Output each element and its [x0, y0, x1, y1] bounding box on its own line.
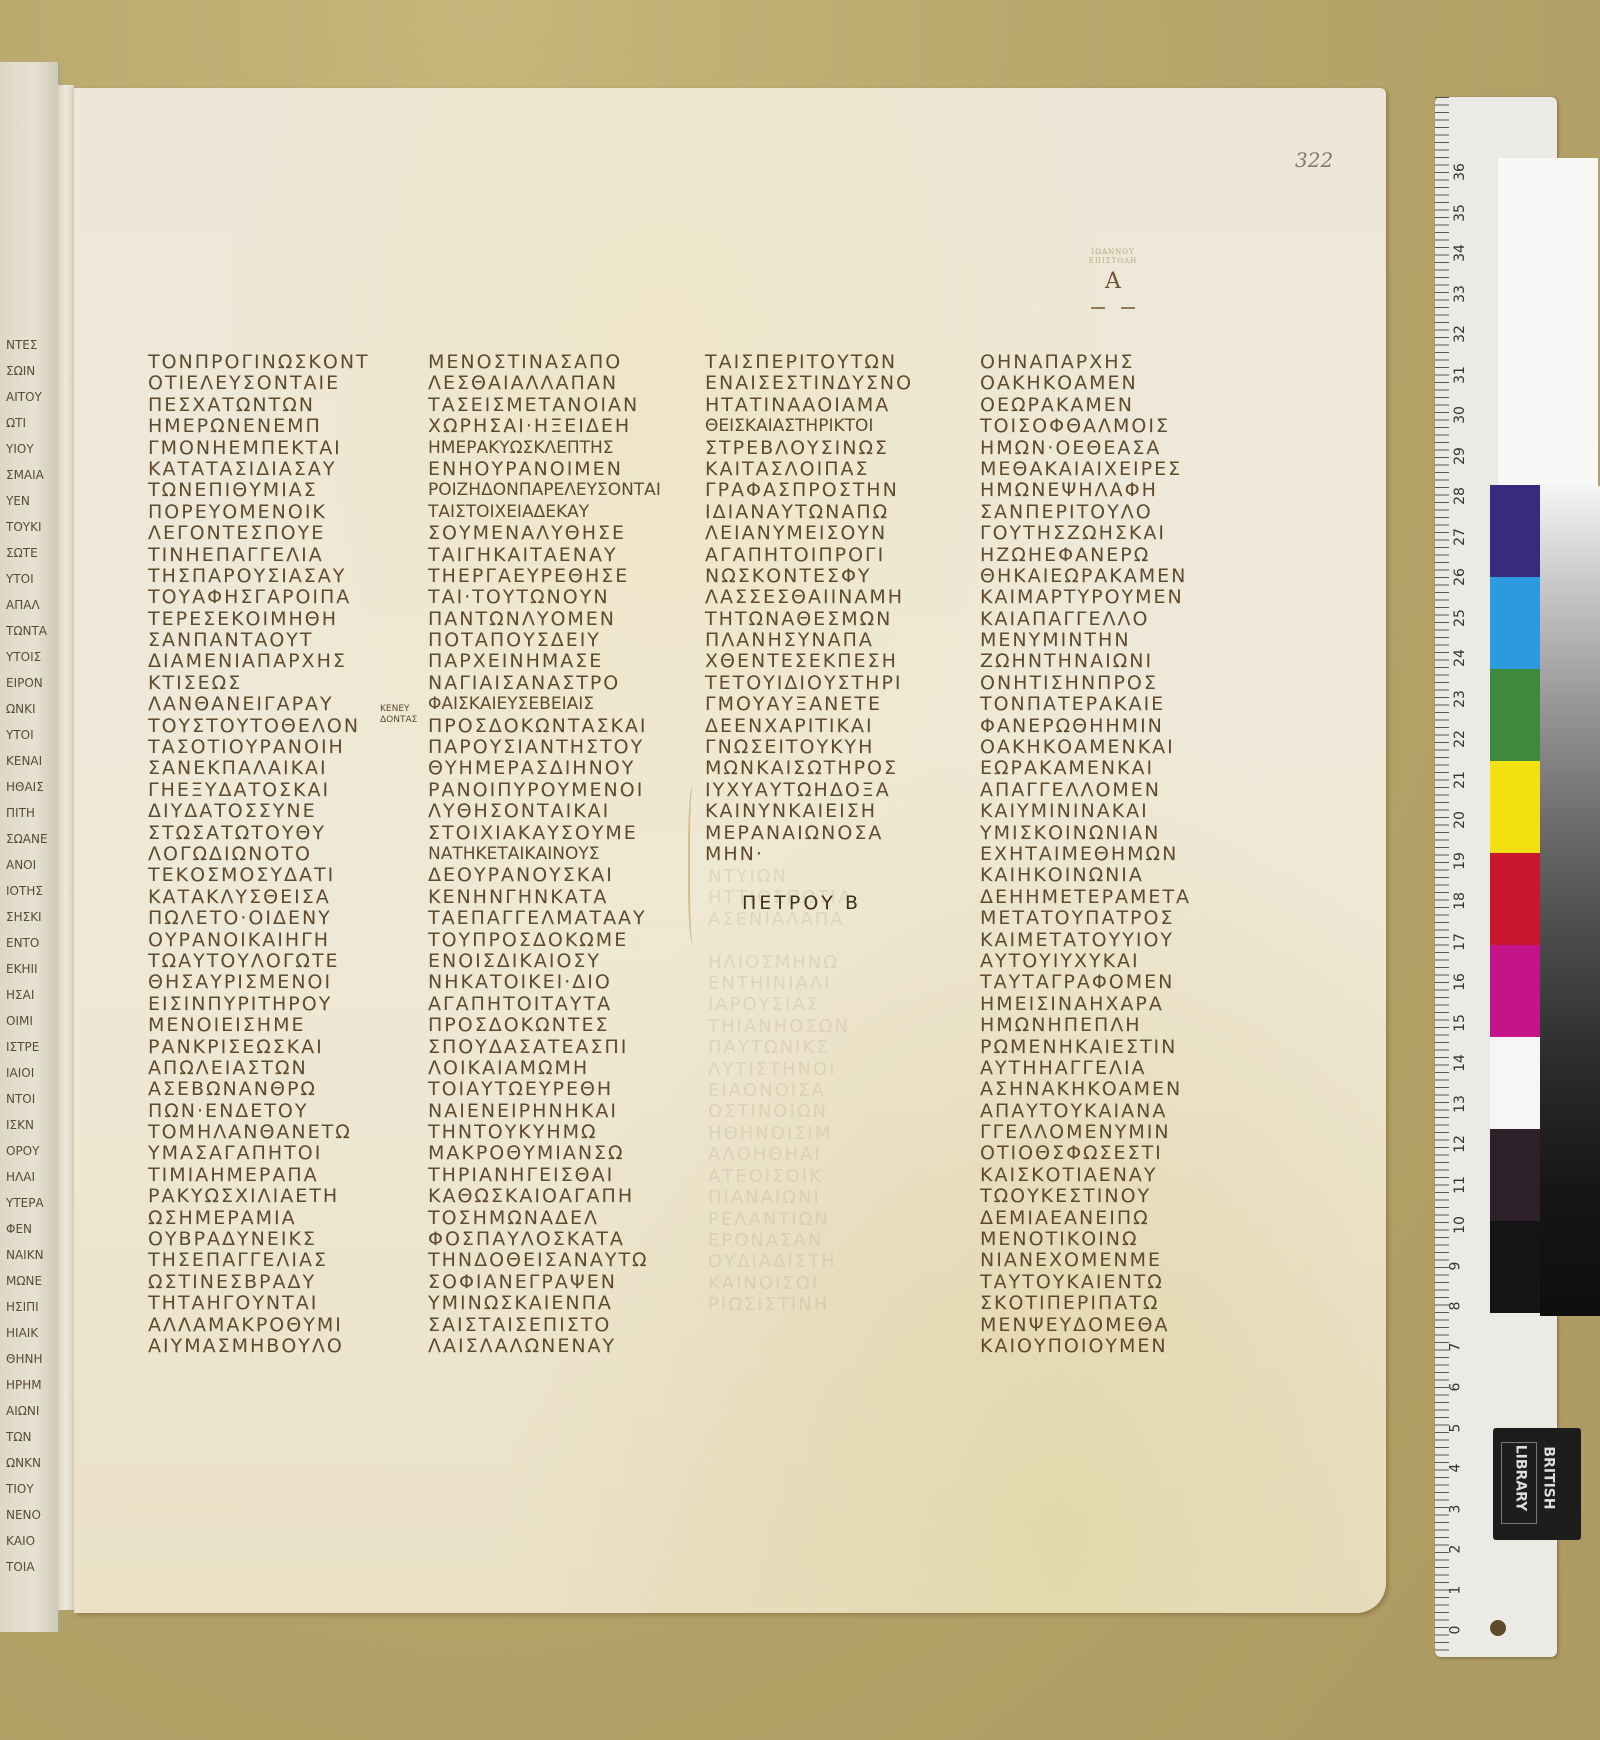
text-line: ΤΟΜΗΛΑΝΘΑΝΕΤΩ: [148, 1122, 370, 1143]
text-line: ΕΝΑΙΣΕΣΤΙΝΔΥΣΝΟ: [705, 373, 913, 394]
text-line: ΤΗΤΩΝΑΘΕΣΜΩΝ: [705, 609, 913, 630]
text-line: ΛΑΝΘΑΝΕΙΓΑΡΑΥ: [148, 694, 370, 715]
text-line: ΓΝΩΣΕΙΤΟΥΚΥΗ: [705, 737, 913, 758]
text-line: ΓΜΟΥΑΥΞΑΝΕΤΕ: [705, 694, 913, 715]
edge-fragment: ΩΝΚΙ: [6, 696, 56, 722]
ruler-number: 17: [1452, 933, 1468, 951]
text-line: ΠΟΤΑΠΟΥΣΔΕΙΥ: [428, 630, 661, 651]
ruler-number: 35: [1452, 204, 1468, 222]
color-swatch: [1490, 1037, 1540, 1129]
text-column-4: ΟΗΝΑΠΑΡΧΗΣΟΑΚΗΚΟΑΜΕΝΟΕΩΡΑΚΑΜΕΝΤΟΙΣΟΦΘΑΛΜ…: [980, 352, 1191, 1357]
badge-text-library: LIBRARY: [1512, 1445, 1528, 1512]
text-line: ΤΕΡΕΣΕΚΟΙΜΗΘΗ: [148, 609, 370, 630]
edge-fragment: ΑΙΩΝΙ: [6, 1398, 56, 1424]
ruler-number: 29: [1452, 447, 1468, 465]
text-line: ΤΑΙ·ΤΟΥΤΩΝΟΥΝ: [428, 587, 661, 608]
text-line: ΚΑΘΩΣΚΑΙΟΑΓΑΠΗ: [428, 1186, 661, 1207]
text-line: ΝΑΓΙΑΙΣΑΝΑΣΤΡΟ: [428, 673, 661, 694]
edge-fragment: ΥΕΝ: [6, 488, 56, 514]
text-line: ΣΑΝΠΑΝΤΑΟΥΤ: [148, 630, 370, 651]
text-line: ΔΙΥΔΑΤΟΣΣΥΝΕ: [148, 801, 370, 822]
text-line: ΚΕΝΗΝΓΗΝΚΑΤΑ: [428, 887, 661, 908]
text-line: ΠΟΡΕΥΟΜΕΝΟΙΚ: [148, 502, 370, 523]
ruler-number: 6: [1447, 1383, 1463, 1392]
edge-fragment: ΝΕΝΟ: [6, 1502, 56, 1528]
text-line: ΤΟΥΠΡΟΣΔΟΚΩΜΕ: [428, 930, 661, 951]
edge-fragment: ΩΤΙ: [6, 410, 56, 436]
text-line: ΑΣΕΒΩΝΑΝΘΡΩ: [148, 1079, 370, 1100]
text-line: ΔΙΑΜΕΝΙΑΠΑΡΧΗΣ: [148, 651, 370, 672]
ruler-number: 24: [1452, 649, 1468, 667]
ruler-number: 21: [1452, 771, 1468, 789]
text-line: ΤΕΤΟΥΙΔΙΟΥΣΤΗΡΙ: [705, 673, 913, 694]
text-line: ΛΟΙΚΑΙΑΜΩΜΗ: [428, 1058, 661, 1079]
text-line: ΠΛΑΝΗΣΥΝΑΠΑ: [705, 630, 913, 651]
grayscale-wedge: [1540, 486, 1600, 1316]
text-line: ΕΝΟΙΣΔΙΚΑΙΟΣΥ: [428, 951, 661, 972]
text-line: ΠΩΝ·ΕΝΔΕΤΟΥ: [148, 1101, 370, 1122]
text-line: ΛΑΣΣΕΣΘΑΙΙΝΑΜΗ: [705, 587, 913, 608]
text-line: ΤΗΝΤΟΥΚΥΗΜΩ: [428, 1122, 661, 1143]
edge-fragment: ΑΠΑΛ: [6, 592, 56, 618]
text-line: ΚΑΙΟΥΠΟΙΟΥΜΕΝ: [980, 1336, 1191, 1357]
text-line: ΤΙΜΙΑΗΜΕΡΑΠΑ: [148, 1165, 370, 1186]
text-line: ΤΟΥΑΦΗΣΓΑΡΟΙΠΑ: [148, 587, 370, 608]
edge-fragment: ΗΙΑΙΚ: [6, 1320, 56, 1346]
edge-fragment: ΝΤΕΣ: [6, 332, 56, 358]
text-line: ΑΙΥΜΑΣΜΗΒΟΥΛΟ: [148, 1336, 370, 1357]
edge-fragment: ΟΙΜΙ: [6, 1008, 56, 1034]
ruler-number: 32: [1452, 325, 1468, 343]
text-line: ΤΕΚΟΣΜΟΣΥΔΑΤΙ: [148, 865, 370, 886]
text-line: ΚΑΙΗΚΟΙΝΩΝΙΑ: [980, 865, 1191, 886]
text-line: ΚΑΙΑΠΑΓΓΕΛΛΟ: [980, 609, 1191, 630]
text-line: ΜΕΝΨΕΥΔΟΜΕΘΑ: [980, 1315, 1191, 1336]
text-line: ΗΜΕΡΩΝΕΝΕΜΠ: [148, 416, 370, 437]
running-title-letter: Α: [1078, 270, 1148, 294]
edge-fragment: ΙΑΙΟΙ: [6, 1060, 56, 1086]
ruler-number: 30: [1452, 406, 1468, 424]
text-line: ΟΗΝΑΠΑΡΧΗΣ: [980, 352, 1191, 373]
folio-number: 322: [1295, 148, 1333, 172]
left-page-edge: ΝΤΕΣΣΩΙΝΑΙΤΟΥΩΤΙΥΙΟΥΣΜΑΙΑΥΕΝΤΟΥΚΙΣΩΤΕΥΤΟ…: [0, 62, 60, 1632]
edge-fragment: ΗΣΙΠΙ: [6, 1294, 56, 1320]
ruler-number: 34: [1452, 244, 1468, 262]
text-line: ΛΕΣΘΑΙΑΛΛΑΠΑΝ: [428, 373, 661, 394]
text-line: ΚΑΙΤΑΣΛΟΙΠΑΣ: [705, 459, 913, 480]
edge-fragment: ΥΤΟΙ: [6, 566, 56, 592]
text-line: ΣΑΝΠΕΡΙΤΟΥΛΟ: [980, 502, 1191, 523]
text-line: ΙΥΧΥΑΥΤΩΗΔΟΞΑ: [705, 780, 913, 801]
text-line: ΧΘΕΝΤΕΣΕΚΠΕΣΗ: [705, 651, 913, 672]
color-swatch: [1490, 669, 1540, 761]
text-line: ΓΟΥΤΗΣΖΩΗΣΚΑΙ: [980, 523, 1191, 544]
marginal-correction: ΚΕΝΕΥ ΔΟΝΤΑΣ: [380, 704, 417, 726]
text-line: ΡΑΚΥΩΣΧΙΛΙΑΕΤΗ: [148, 1186, 370, 1207]
text-line: ΤΟΣΗΜΩΝΑΔΕΛ: [428, 1208, 661, 1229]
margin-note-line-1: ΚΕΝΕΥ: [380, 704, 417, 715]
text-line: ΟΝΗΤΙΣΗΝΠΡΟΣ: [980, 673, 1191, 694]
text-line: ΚΑΙΜΑΡΤΥΡΟΥΜΕΝ: [980, 587, 1191, 608]
ruler-number: 27: [1452, 528, 1468, 546]
text-line: ΣΠΟΥΔΑΣΑΤΕΑΣΠΙ: [428, 1037, 661, 1058]
edge-fragment: ΕΝΤΟ: [6, 930, 56, 956]
text-line: ΘΕΙΣΚΑΙΑΣΤΗΡΙΚΤΟΙ: [705, 416, 913, 437]
text-line: ΑΠΑΥΤΟΥΚΑΙΑΝΑ: [980, 1101, 1191, 1122]
text-column-1: ΤΟΝΠΡΟΓΙΝΩΣΚΟΝΤΟΤΙΕΛΕΥΣΟΝΤΑΙΕΠΕΣΧΑΤΩΝΤΩΝ…: [148, 352, 370, 1357]
edge-fragment: ΣΜΑΙΑ: [6, 462, 56, 488]
ruler-number: 23: [1452, 690, 1468, 708]
edge-fragment: ΣΩΑΝΕ: [6, 826, 56, 852]
text-line: ΤΑΕΠΑΓΓΕΛΜΑΤΑΑΥ: [428, 908, 661, 929]
edge-fragment: ΤΩΝΤΑ: [6, 618, 56, 644]
edge-fragment: ΥΤΕΡΑ: [6, 1190, 56, 1216]
text-line: ΥΜΑΣΑΓΑΠΗΤΟΙ: [148, 1143, 370, 1164]
text-line: ΤΗΤΑΗΓΟΥΝΤΑΙ: [148, 1293, 370, 1314]
edge-fragment: ΕΚΗΙΙ: [6, 956, 56, 982]
text-line: ΑΥΤΟΥΙΥΧΥΚΑΙ: [980, 951, 1191, 972]
text-line: ΟΥΡΑΝΟΙΚΑΙΗΓΗ: [148, 930, 370, 951]
text-line: ΘΗΚΑΙΕΩΡΑΚΑΜΕΝ: [980, 566, 1191, 587]
text-line: ΠΡΟΣΔΟΚΩΝΤΕΣ: [428, 1015, 661, 1036]
text-line: ΤΑΙΣΤΟΙΧΕΙΑΔΕΚΑΥ: [428, 502, 661, 523]
text-line: ΠΕΣΧΑΤΩΝΤΩΝ: [148, 395, 370, 416]
text-line: ΡΟΙΖΗΔΟΝΠΑΡΕΛΕΥΣΟΝΤΑΙ: [428, 480, 661, 501]
text-line: ΔΕΗΗΜΕΤΕΡΑΜΕΤΑ: [980, 887, 1191, 908]
text-line: ΚΤΙΣΕΩΣ: [148, 673, 370, 694]
ruler-number: 19: [1452, 852, 1468, 870]
text-line: ΜΕΝΟΤΙΚΟΙΝΩ: [980, 1229, 1191, 1250]
text-line: ΜΩΝΚΑΙΣΩΤΗΡΟΣ: [705, 758, 913, 779]
marginal-bracket: [688, 785, 700, 945]
text-line: ΑΓΑΠΗΤΟΙΠΡΟΓΙ: [705, 545, 913, 566]
edge-fragment: ΣΗΣΚΙ: [6, 904, 56, 930]
text-line: ΤΗΝΔΟΘΕΙΣΑΝΑΥΤΩ: [428, 1250, 661, 1271]
text-line: ΤΑΥΤΑΓΡΑΦΟΜΕΝ: [980, 972, 1191, 993]
edge-fragment: ΗΡΗΜ: [6, 1372, 56, 1398]
text-line: ΣΑΝΕΚΠΑΛΑΙΚΑΙ: [148, 758, 370, 779]
text-line: ΕΝΗΟΥΡΑΝΟΙΜΕΝ: [428, 459, 661, 480]
edge-fragment: ΑΝΟΙ: [6, 852, 56, 878]
edge-fragment: ΤΙΟΥ: [6, 1476, 56, 1502]
text-line: ΤΑΣΕΙΣΜΕΤΑΝΟΙΑΝ: [428, 395, 661, 416]
text-line: ΝΑΤΗΚΕΤΑΙΚΑΙΝΟΥΣ: [428, 844, 661, 865]
ruler-number: 16: [1452, 973, 1468, 991]
text-line: ΥΜΙΣΚΟΙΝΩΝΙΑΝ: [980, 823, 1191, 844]
text-line: ΝΙΑΝΕΧΟΜΕΝΜΕ: [980, 1250, 1191, 1271]
running-title-line-2: ΕΠΙΣΤΟΛΗ: [1078, 257, 1148, 266]
text-line: ΦΑΙΣΚΑΙΕΥΣΕΒΕΙΑΙΣ: [428, 694, 661, 715]
text-line: ΤΩΝΕΠΙΘΥΜΙΑΣ: [148, 480, 370, 501]
edge-fragment: ΘΗΝΗ: [6, 1346, 56, 1372]
ruler-number: 18: [1452, 892, 1468, 910]
text-line: ΩΣΤΙΝΕΣΒΡΑΔΥ: [148, 1272, 370, 1293]
text-line: ΜΕΝΟΣΤΙΝΑΣΑΠΟ: [428, 352, 661, 373]
text-line: ΟΕΩΡΑΚΑΜΕΝ: [980, 395, 1191, 416]
text-line: ΠΑΡΟΥΣΙΑΝΤΗΣΤΟΥ: [428, 737, 661, 758]
ruler-number: 2: [1447, 1545, 1463, 1554]
text-line: ΖΩΗΝΤΗΝΑΙΩΝΙ: [980, 651, 1191, 672]
text-line: ΗΜΩΝ·ΟΕΘΕΑΣΑ: [980, 438, 1191, 459]
text-line: ΘΗΣΑΥΡΙΣΜΕΝΟΙ: [148, 972, 370, 993]
text-line: ΑΥΤΗΗΑΓΓΕΛΙΑ: [980, 1058, 1191, 1079]
text-line: ΜΕΘΑΚΑΙΑΙΧΕΙΡΕΣ: [980, 459, 1191, 480]
text-line: ΚΑΙΥΜΙΝΙΝΑΚΑΙ: [980, 801, 1191, 822]
text-line: ΟΑΚΗΚΟΑΜΕΝΚΑΙ: [980, 737, 1191, 758]
text-line: ΚΑΙΝΥΝΚΑΙΕΙΣΗ: [705, 801, 913, 822]
text-line: ΣΑΙΣΤΑΙΣΕΠΙΣΤΟ: [428, 1315, 661, 1336]
color-swatches: [1490, 485, 1540, 1313]
title-dash: [1091, 307, 1105, 309]
text-line: ΧΩΡΗΣΑΙ·ΗΞΕΙΔΕΗ: [428, 416, 661, 437]
text-line: ΣΤΡΕΒΛΟΥΣΙΝΩΣ: [705, 438, 913, 459]
margin-note-line-2: ΔΟΝΤΑΣ: [380, 715, 417, 726]
text-line: ΤΗΣΠΑΡΟΥΣΙΑΣΑΥ: [148, 566, 370, 587]
text-line: ΦΑΝΕΡΩΘΗΗΜΙΝ: [980, 716, 1191, 737]
text-line: ΥΜΙΝΩΣΚΑΙΕΝΠΑ: [428, 1293, 661, 1314]
text-line: ΗΤΑΤΙΝΑΑΟΙΑΜΑ: [705, 395, 913, 416]
running-title: ΙΩΑΝΝΟΥ ΕΠΙΣΤΟΛΗ Α: [1078, 248, 1148, 313]
text-line: ΡΑΝΚΡΙΣΕΩΣΚΑΙ: [148, 1037, 370, 1058]
text-line: ΓΗΕΞΥΔΑΤΟΣΚΑΙ: [148, 780, 370, 801]
ruler-number: 5: [1447, 1423, 1463, 1432]
ruler-number: 15: [1452, 1014, 1468, 1032]
text-line: ΓΜΟΝΗΕΜΠΕΚΤΑΙ: [148, 438, 370, 459]
ruler-number: 33: [1452, 285, 1468, 303]
ruler-number: 12: [1452, 1135, 1468, 1153]
ruler-number: 31: [1452, 366, 1468, 384]
text-line: ΤΙΝΗΕΠΑΓΓΕΛΙΑ: [148, 545, 370, 566]
text-line: ΟΑΚΗΚΟΑΜΕΝ: [980, 373, 1191, 394]
ruler-number: 26: [1452, 568, 1468, 586]
text-line: ΑΠΑΓΓΕΛΛΟΜΕΝ: [980, 780, 1191, 801]
text-line: ΜΕΝΥΜΙΝΤΗΝ: [980, 630, 1191, 651]
text-line: ΕΙΣΙΝΠΥΡΙΤΗΡΟΥ: [148, 994, 370, 1015]
text-line: ΗΜΩΝΕΨΗΛΑΦΗ: [980, 480, 1191, 501]
edge-fragment: ΟΡΟΥ: [6, 1138, 56, 1164]
ruler-number: 0: [1447, 1626, 1463, 1635]
ruler-number: 20: [1452, 811, 1468, 829]
text-line: ΤΟΝΠΡΟΓΙΝΩΣΚΟΝΤ: [148, 352, 370, 373]
text-line: ΘΥΗΜΕΡΑΣΔΙΗΝΟΥ: [428, 758, 661, 779]
color-swatch: [1490, 853, 1540, 945]
text-line: ΗΜΩΝΗΠΕΠΛΗ: [980, 1015, 1191, 1036]
text-column-2: ΜΕΝΟΣΤΙΝΑΣΑΠΟΛΕΣΘΑΙΑΛΛΑΠΑΝΤΑΣΕΙΣΜΕΤΑΝΟΙΑ…: [428, 352, 661, 1357]
text-line: ΔΕΕΝΧΑΡΙΤΙΚΑΙ: [705, 716, 913, 737]
text-line: ΑΣΗΝΑΚΗΚΟΑΜΕΝ: [980, 1079, 1191, 1100]
text-line: ΤΑΙΓΗΚΑΙΤΑΕΝΑΥ: [428, 545, 661, 566]
text-line: ΤΑΣΟΤΙΟΥΡΑΝΟΙΗ: [148, 737, 370, 758]
edge-fragment: ΣΩΤΕ: [6, 540, 56, 566]
text-line: ΓΡΑΦΑΣΠΡΟΣΤΗΝ: [705, 480, 913, 501]
text-line: ΤΟΙΑΥΤΩΕΥΡΕΘΗ: [428, 1079, 661, 1100]
edge-fragment: ΝΤΟΙ: [6, 1086, 56, 1112]
edge-fragment: ΣΩΙΝ: [6, 358, 56, 384]
ruler-number: 11: [1452, 1176, 1468, 1194]
text-line: ΕΧΗΤΑΙΜΕΘΗΜΩΝ: [980, 844, 1191, 865]
text-line: ΣΟΥΜΕΝΑΛΥΘΗΣΕ: [428, 523, 661, 544]
text-line: ΟΤΙΟΘΣΦΩΣΕΣΤΙ: [980, 1143, 1191, 1164]
edge-fragment: ΗΣΑΙ: [6, 982, 56, 1008]
left-page-text-fragments: ΝΤΕΣΣΩΙΝΑΙΤΟΥΩΤΙΥΙΟΥΣΜΑΙΑΥΕΝΤΟΥΚΙΣΩΤΕΥΤΟ…: [6, 332, 56, 1580]
color-swatch: [1490, 761, 1540, 853]
ruler-number: 22: [1452, 730, 1468, 748]
ruler-number: 1: [1447, 1585, 1463, 1594]
text-line: ΣΟΦΙΑΝΕΓΡΑΨΕΝ: [428, 1272, 661, 1293]
text-line: ΤΩΟΥΚΕΣΤΙΝΟΥ: [980, 1186, 1191, 1207]
text-line: ΦΟΣΠΑΥΛΟΣΚΑΤΑ: [428, 1229, 661, 1250]
edge-fragment: ΕΙΡΟΝ: [6, 670, 56, 696]
edge-fragment: ΙΟΤΗΣ: [6, 878, 56, 904]
text-line: ΑΠΩΛΕΙΑΣΤΩΝ: [148, 1058, 370, 1079]
text-line: ΛΕΙΑΝΥΜΕΙΣΟΥΝ: [705, 523, 913, 544]
binding-gutter: [58, 85, 74, 1610]
edge-fragment: ΝΑΙΚΝ: [6, 1242, 56, 1268]
ruler-number: 36: [1452, 163, 1468, 181]
text-line: ΤΑΙΣΠΕΡΙΤΟΥΤΩΝ: [705, 352, 913, 373]
text-line: ΜΑΚΡΟΘΥΜΙΑΝΣΩ: [428, 1143, 661, 1164]
edge-fragment: ΜΩΝΕ: [6, 1268, 56, 1294]
edge-fragment: ΠΙΤΗ: [6, 800, 56, 826]
text-line: ΛΥΘΗΣΟΝΤΑΙΚΑΙ: [428, 801, 661, 822]
text-line: ΝΩΣΚΟΝΤΕΣΦΥ: [705, 566, 913, 587]
text-line: ΜΗΝ·: [705, 844, 913, 865]
ruler-number: 9: [1447, 1261, 1463, 1270]
edge-fragment: ΥΤΟΙ: [6, 722, 56, 748]
text-line: ΙΔΙΑΝΑΥΤΩΝΑΠΩ: [705, 502, 913, 523]
text-line: ΤΟΝΠΑΤΕΡΑΚΑΙΕ: [980, 694, 1191, 715]
text-line: ΗΖΩΗΕΦΑΝΕΡΩ: [980, 545, 1191, 566]
edge-fragment: ΚΑΙΟ: [6, 1528, 56, 1554]
text-line: ΜΕΝΟΙΕΙΣΗΜΕ: [148, 1015, 370, 1036]
color-swatch: [1490, 1129, 1540, 1221]
text-line: ΚΑΙΣΚΟΤΙΑΕΝΑΥ: [980, 1165, 1191, 1186]
color-swatch: [1490, 945, 1540, 1037]
color-swatch: [1490, 1221, 1540, 1313]
ruler-hole: [1490, 1620, 1506, 1636]
ruler-number: 3: [1447, 1504, 1463, 1513]
edge-fragment: ΥΤΟΙΣ: [6, 644, 56, 670]
ruler-number: 4: [1447, 1464, 1463, 1473]
badge-text-british: BRITISH: [1541, 1446, 1557, 1509]
ruler-number: 13: [1452, 1095, 1468, 1113]
text-line: ΤΗΕΡΓΑΕΥΡΕΘΗΣΕ: [428, 566, 661, 587]
book-subscription: ΠΕΤΡΟΥ Β: [742, 892, 861, 914]
text-line: ΚΑΙΜΕΤΑΤΟΥΥΙΟΥ: [980, 930, 1191, 951]
text-line: ΣΤΟΙΧΙΑΚΑΥΣΟΥΜΕ: [428, 823, 661, 844]
text-line: ΤΩΑΥΤΟΥΛΟΓΩΤΕ: [148, 951, 370, 972]
text-line: ΠΑΝΤΩΝΛΥΟΜΕΝ: [428, 609, 661, 630]
edge-fragment: ΑΙΤΟΥ: [6, 384, 56, 410]
edge-fragment: ΤΟΥΚΙ: [6, 514, 56, 540]
edge-fragment: ΚΕΝΑΙ: [6, 748, 56, 774]
edge-fragment: ΙΣΤΡΕ: [6, 1034, 56, 1060]
edge-fragment: ΤΟΙΑ: [6, 1554, 56, 1580]
text-line: ΑΓΑΠΗΤΟΙΤΑΥΤΑ: [428, 994, 661, 1015]
ruler-number: 10: [1452, 1216, 1468, 1234]
text-line: ΩΣΗΜΕΡΑΜΙΑ: [148, 1208, 370, 1229]
running-title-line-1: ΙΩΑΝΝΟΥ: [1078, 248, 1148, 257]
edge-fragment: ΩΝΚΝ: [6, 1450, 56, 1476]
text-line: ΜΕΤΑΤΟΥΠΑΤΡΟΣ: [980, 908, 1191, 929]
text-line: ΤΟΙΣΟΦΘΑΛΜΟΙΣ: [980, 416, 1191, 437]
text-line: ΝΑΙΕΝΕΙΡΗΝΗΚΑΙ: [428, 1101, 661, 1122]
text-line: ΛΕΓΟΝΤΕΣΠΟΥΕ: [148, 523, 370, 544]
ruler-number: 28: [1452, 487, 1468, 505]
text-line: ΤΗΡΙΑΝΗΓΕΙΣΘΑΙ: [428, 1165, 661, 1186]
text-line: ΟΥΒΡΑΔΥΝΕΙΚΣ: [148, 1229, 370, 1250]
text-line: ΛΟΓΩΔΙΩΝΟΤΟ: [148, 844, 370, 865]
text-line: ΠΩΛΕΤΟ·ΟΙΔΕΝΥ: [148, 908, 370, 929]
color-swatch: [1490, 577, 1540, 669]
text-line: ΤΗΣΕΠΑΓΓΕΛΙΑΣ: [148, 1250, 370, 1271]
text-line: ΤΑΥΤΟΥΚΑΙΕΝΤΩ: [980, 1272, 1191, 1293]
show-through-text: ΝΤΥΙΩΝΗΤΤΙΟΣΠΩΤΙΑΑΣΕΝΙΑΛΑΠΑΗΛΙΟΣΜΗΝΩΕΝΤΗ…: [708, 866, 852, 1316]
ruler-number: 14: [1452, 1054, 1468, 1072]
edge-fragment: ΗΘΑΙΣ: [6, 774, 56, 800]
edge-fragment: ΥΙΟΥ: [6, 436, 56, 462]
text-line: ΠΡΟΣΔΟΚΩΝΤΑΣΚΑΙ: [428, 716, 661, 737]
text-line: ΚΑΤΑΤΑΣΙΔΙΑΣΑΥ: [148, 459, 370, 480]
text-line: ΣΚΟΤΙΠΕΡΙΠΑΤΩ: [980, 1293, 1191, 1314]
ruler-number: 25: [1452, 609, 1468, 627]
title-dash: [1121, 307, 1135, 309]
text-line: ΡΑΝΟΙΠΥΡΟΥΜΕΝΟΙ: [428, 780, 661, 801]
text-line: ΚΑΤΑΚΛΥΣΘΕΙΣΑ: [148, 887, 370, 908]
edge-fragment: ΗΛΑΙ: [6, 1164, 56, 1190]
text-line: ΛΑΙΣΛΑΛΩΝΕΝΑΥ: [428, 1336, 661, 1357]
color-swatch: [1490, 485, 1540, 577]
text-line: ΗΜΕΙΣΙΝΑΗΧΑΡΑ: [980, 994, 1191, 1015]
white-reference-card: [1498, 158, 1598, 488]
text-line: ΕΩΡΑΚΑΜΕΝΚΑΙ: [980, 758, 1191, 779]
text-column-3: ΤΑΙΣΠΕΡΙΤΟΥΤΩΝΕΝΑΙΣΕΣΤΙΝΔΥΣΝΟΗΤΑΤΙΝΑΑΟΙΑ…: [705, 352, 913, 865]
text-line: ΠΑΡΧΕΙΝΗΜΑΣΕ: [428, 651, 661, 672]
ruler-number: 8: [1447, 1302, 1463, 1311]
text-line: ΓΓΕΛΛΟΜΕΝΥΜΙΝ: [980, 1122, 1191, 1143]
text-line: ΗΜΕΡΑΚΥΩΣΚΛΕΠΤΗΣ: [428, 438, 661, 459]
british-library-badge: LIBRARY BRITISH: [1493, 1428, 1581, 1540]
edge-fragment: ΙΣΚΝ: [6, 1112, 56, 1138]
text-line: ΡΩΜΕΝΗΚΑΙΕΣΤΙΝ: [980, 1037, 1191, 1058]
text-line: ΔΕΜΙΑΕΑΝΕΙΠΩ: [980, 1208, 1191, 1229]
edge-fragment: ΤΩΝ: [6, 1424, 56, 1450]
text-line: ΔΕΟΥΡΑΝΟΥΣΚΑΙ: [428, 865, 661, 886]
text-line: ΑΛΛΑΜΑΚΡΟΘΥΜΙ: [148, 1315, 370, 1336]
text-line: ΤΟΥΣΤΟΥΤΟΘΕΛΟΝ: [148, 716, 370, 737]
text-line: ΣΤΩΣΑΤΩΤΟΥΘΥ: [148, 823, 370, 844]
text-line: ΜΕΡΑΝΑΙΩΝΟΣΑ: [705, 823, 913, 844]
edge-fragment: ΦΕΝ: [6, 1216, 56, 1242]
text-line: ΝΗΚΑΤΟΙΚΕΙ·ΔΙΟ: [428, 972, 661, 993]
ruler-number: 7: [1447, 1342, 1463, 1351]
text-line: ΟΤΙΕΛΕΥΣΟΝΤΑΙΕ: [148, 373, 370, 394]
